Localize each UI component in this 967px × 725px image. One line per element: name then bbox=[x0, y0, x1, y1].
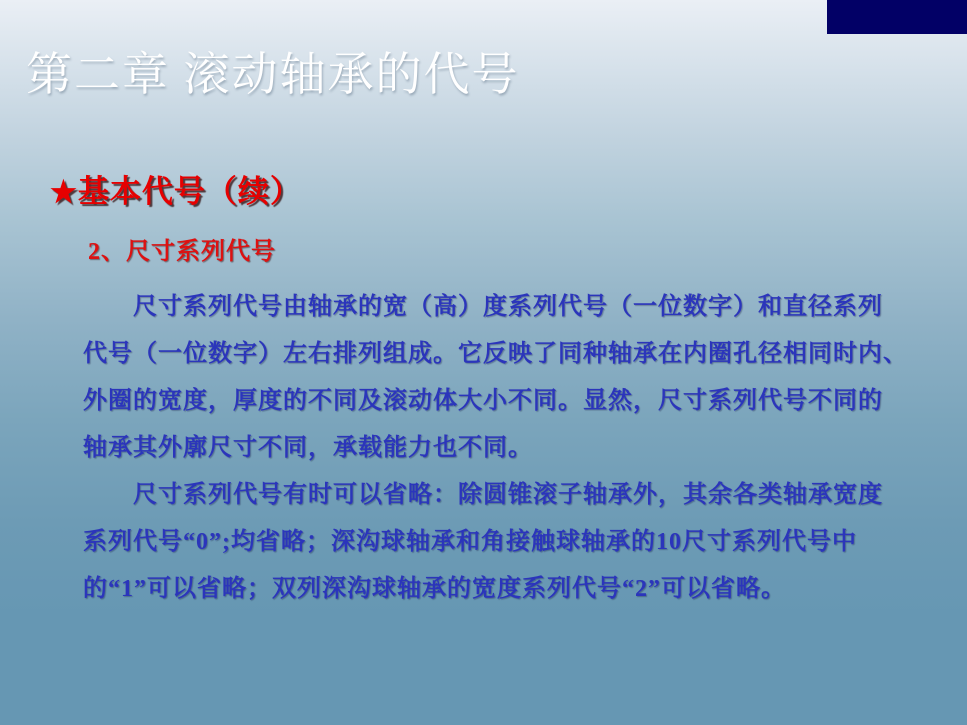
star-icon: ★ bbox=[50, 176, 78, 209]
body-line: 外圈的宽度，厚度的不同及滚动体大小不同。显然，尺寸系列代号不同的 bbox=[83, 378, 923, 425]
body-line: 代号（一位数字）左右排列组成。它反映了同种轴承在内圈孔径相同时内、 bbox=[83, 331, 923, 378]
body-text-block: 尺寸系列代号由轴承的宽（高）度系列代号（一位数字）和直径系列 代号（一位数字）左… bbox=[83, 284, 923, 613]
body-line: 的“1”可以省略；双列深沟球轴承的宽度系列代号“2”可以省略。 bbox=[83, 566, 923, 613]
slide-background: 第二章 滚动轴承的代号 ★基本代号（续） 2、尺寸系列代号 尺寸系列代号由轴承的… bbox=[0, 0, 967, 725]
slide-title: 第二章 滚动轴承的代号 bbox=[26, 38, 520, 104]
section-heading: ★基本代号（续） bbox=[50, 166, 302, 211]
body-line: 轴承其外廓尺寸不同，承载能力也不同。 bbox=[83, 425, 923, 472]
corner-decoration-rect bbox=[827, 0, 967, 34]
section-heading-label: 基本代号（续） bbox=[78, 174, 302, 209]
subsection-heading: 2、尺寸系列代号 bbox=[88, 231, 276, 266]
body-line: 系列代号“0”;均省略；深沟球轴承和角接触球轴承的10尺寸系列代号中 bbox=[83, 519, 923, 566]
body-line: 尺寸系列代号由轴承的宽（高）度系列代号（一位数字）和直径系列 bbox=[83, 284, 923, 331]
body-line: 尺寸系列代号有时可以省略：除圆锥滚子轴承外，其余各类轴承宽度 bbox=[83, 472, 923, 519]
